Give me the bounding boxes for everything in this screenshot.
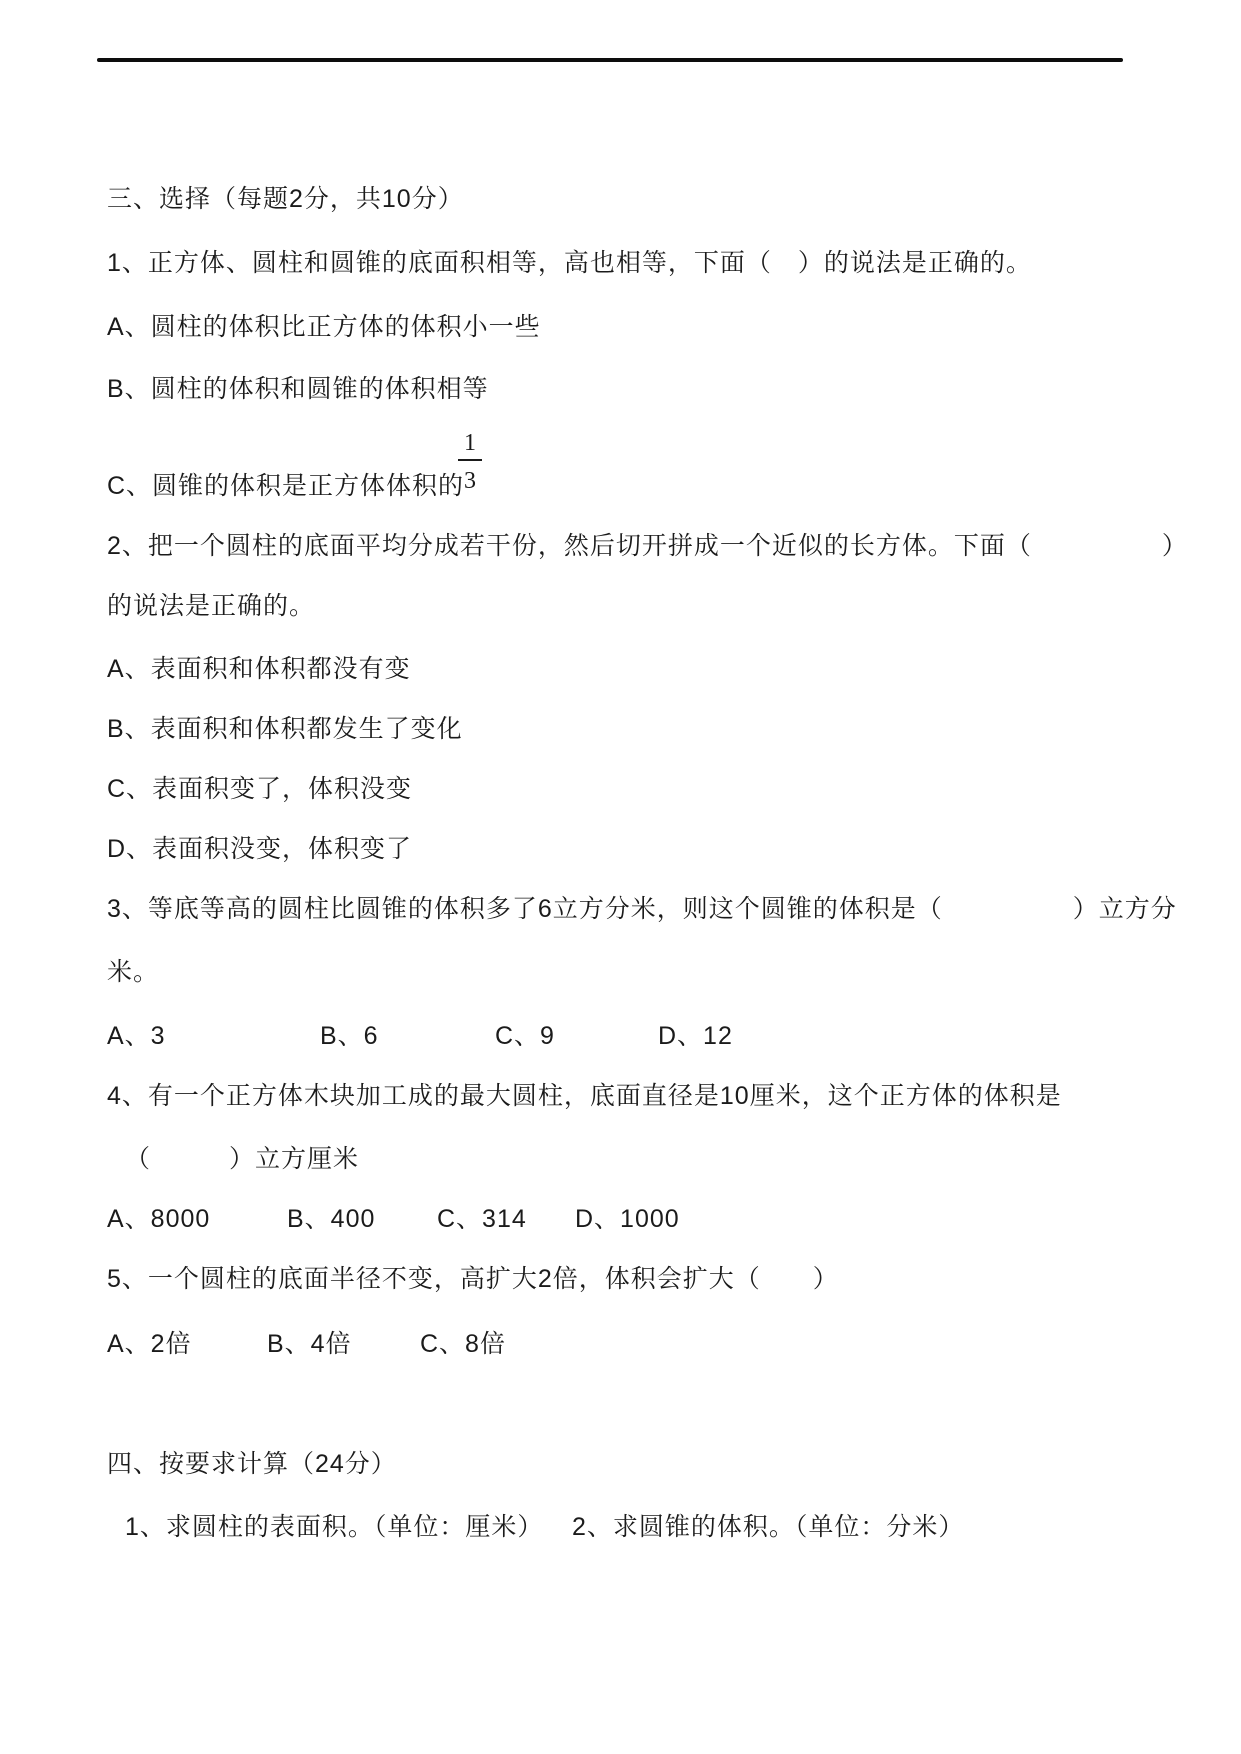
section3-title: 三、选择（每题2分，共10分）: [107, 185, 464, 214]
q4-option-a: A、8000: [107, 1205, 210, 1234]
q2-option-b: B、表面积和体积都发生了变化: [107, 715, 463, 744]
q3-stem-line1: 3、等底等高的圆柱比圆锥的体积多了6立方分米，则这个圆锥的体积是（ ）立方分: [107, 895, 1177, 924]
q3-option-a: A、3: [107, 1022, 166, 1051]
q2-option-c: C、表面积变了，体积没变: [107, 775, 412, 804]
q4-stem-line1: 4、有一个正方体木块加工成的最大圆柱，底面直径是10厘米，这个正方体的体积是: [107, 1082, 1062, 1111]
q4-option-b: B、400: [287, 1205, 375, 1234]
q2-stem-line1: 2、把一个圆柱的底面平均分成若干份，然后切开拼成一个近似的长方体。下面（ ）: [107, 532, 1188, 561]
q3-option-c: C、9: [495, 1022, 555, 1051]
q5-option-b: B、4倍: [267, 1330, 352, 1359]
q4-option-c: C、314: [437, 1205, 527, 1234]
one-third-fraction: 1 3: [458, 431, 482, 493]
q4-option-d: D、1000: [575, 1205, 680, 1234]
q5-stem: 5、一个圆柱的底面半径不变，高扩大2倍，体积会扩大（ ）: [107, 1265, 839, 1294]
fraction-numerator: 1: [458, 431, 482, 461]
header-rule: [97, 58, 1123, 62]
q1-option-b: B、圆柱的体积和圆锥的体积相等: [107, 375, 489, 404]
test-paper-page: 三、选择（每题2分，共10分） 1、正方体、圆柱和圆锥的底面积相等，高也相等，下…: [0, 0, 1241, 1754]
section4-item1: 1、求圆柱的表面积。（单位：厘米）: [125, 1513, 543, 1542]
q2-option-d: D、表面积没变，体积变了: [107, 835, 412, 864]
q3-option-d: D、12: [658, 1022, 733, 1051]
q1-stem: 1、正方体、圆柱和圆锥的底面积相等，高也相等，下面（ ）的说法是正确的。: [107, 249, 1032, 278]
q1-option-c: C、圆锥的体积是正方体体积的: [107, 472, 464, 501]
fraction-denominator: 3: [458, 461, 482, 493]
q1-option-a: A、圆柱的体积比正方体的体积小一些: [107, 313, 541, 342]
section4-title: 四、按要求计算（24分）: [107, 1450, 397, 1479]
q5-option-c: C、8倍: [420, 1330, 506, 1359]
section4-item2: 2、求圆锥的体积。（单位：分米）: [572, 1513, 964, 1542]
q3-option-b: B、6: [320, 1022, 379, 1051]
q2-stem-line2: 的说法是正确的。: [107, 592, 315, 621]
q3-stem-line2: 米。: [107, 958, 159, 987]
q2-option-a: A、表面积和体积都没有变: [107, 655, 411, 684]
q5-option-a: A、2倍: [107, 1330, 192, 1359]
q4-stem-line2: （ ）立方厘米: [125, 1145, 359, 1174]
